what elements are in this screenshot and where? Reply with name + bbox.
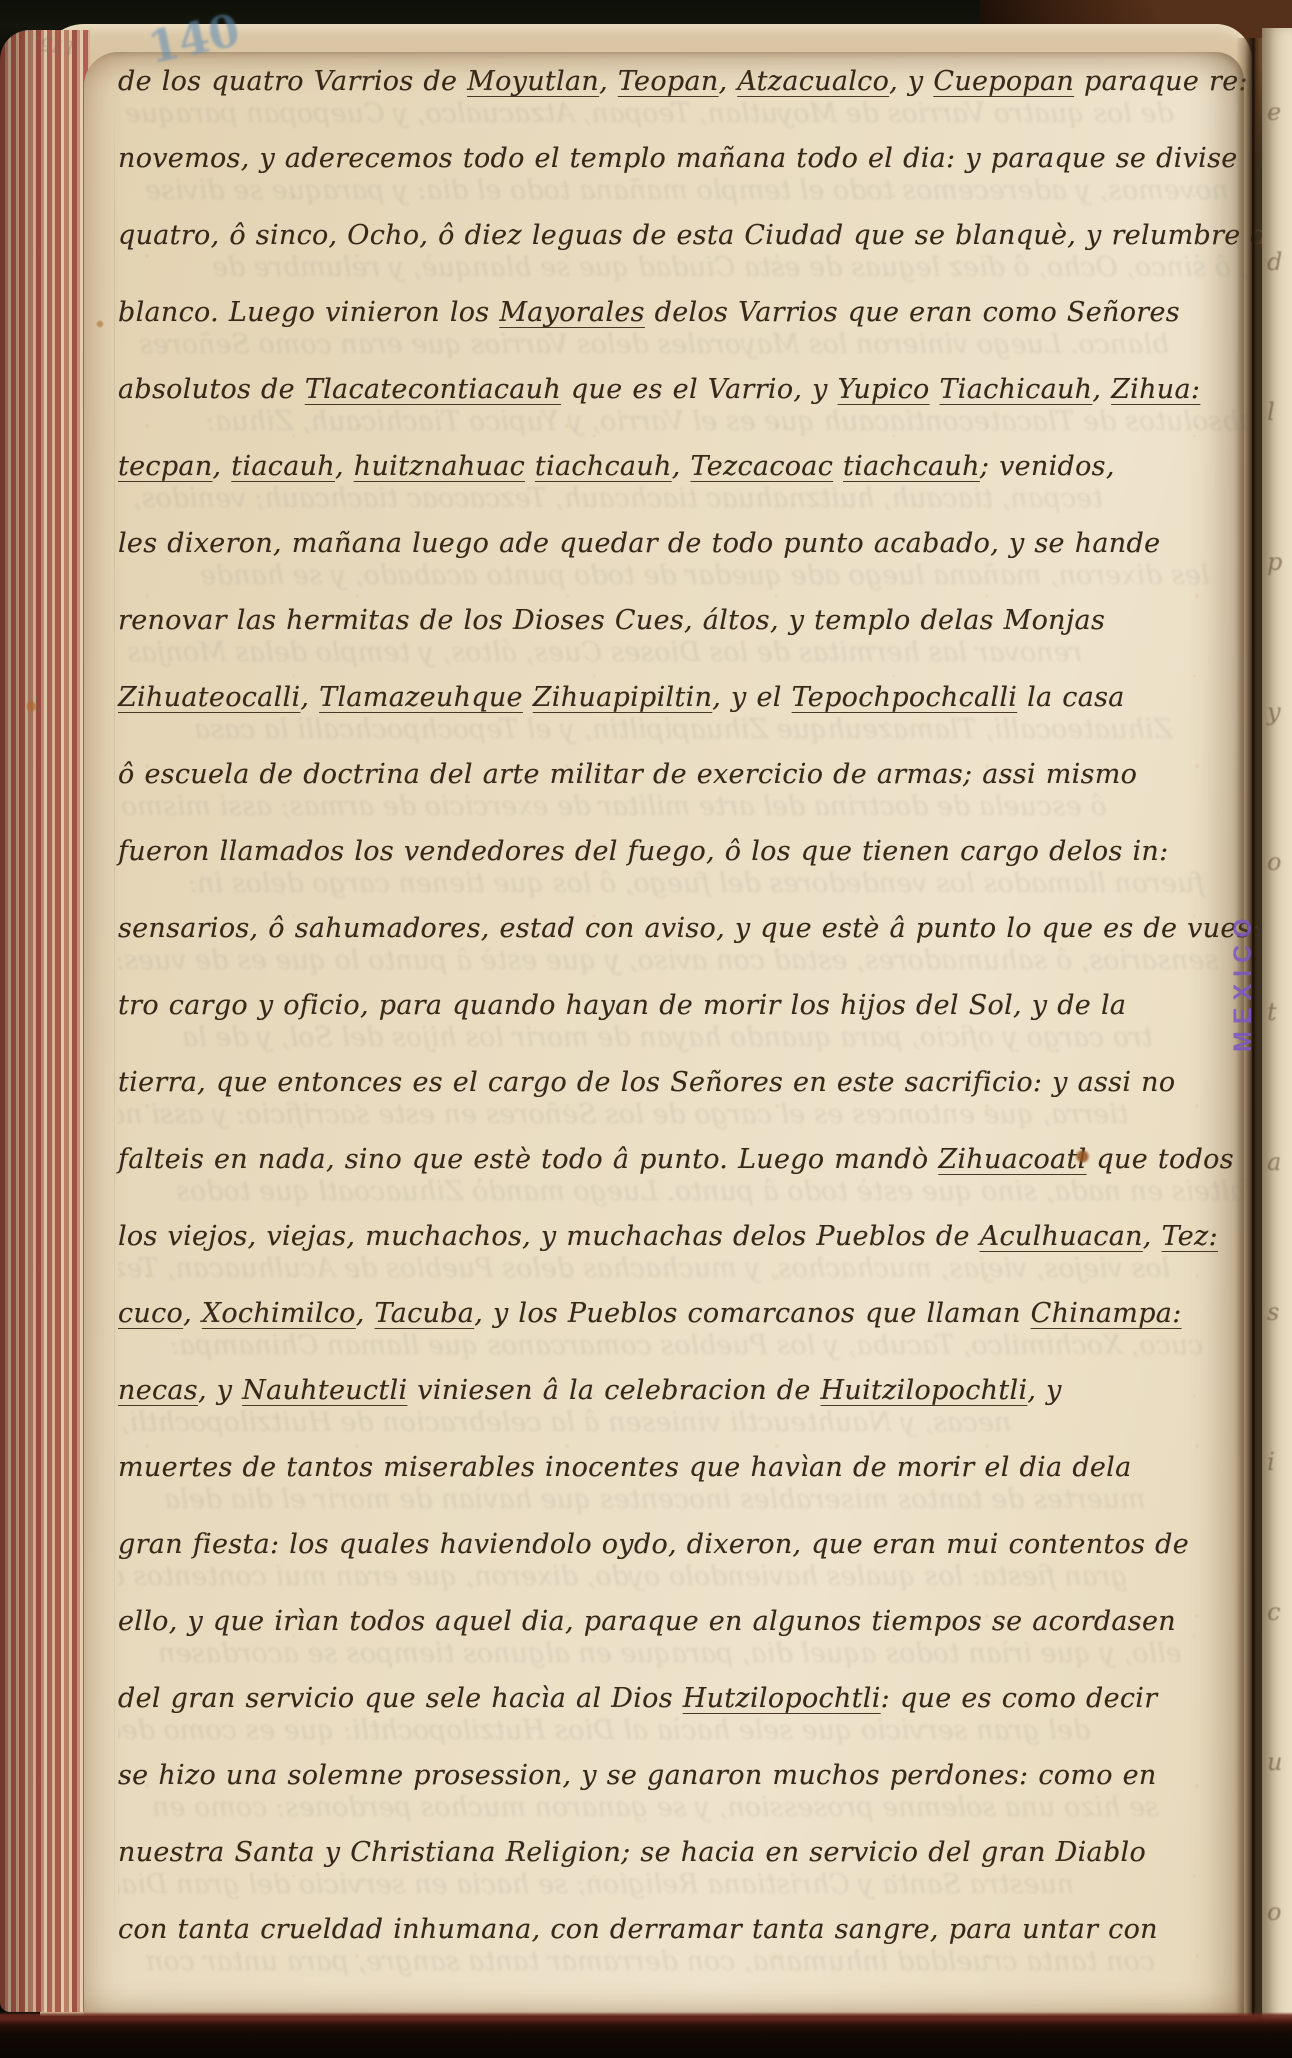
foxing-spot bbox=[26, 700, 37, 713]
text-segment: , y los Pueblos comarcanos que llaman bbox=[474, 1298, 1030, 1329]
text-segment: nuestra Santa y Christiana Religion; se … bbox=[118, 1837, 1146, 1868]
text-segment: , bbox=[356, 1298, 375, 1329]
text-segment: novemos, y aderecemos todo el templo mañ… bbox=[118, 143, 1238, 174]
text-segment bbox=[930, 374, 940, 405]
manuscript-line: renovar las hermitas de los Dioses Cues,… bbox=[118, 605, 1248, 682]
manuscript-line: tierra, que entonces es el cargo de los … bbox=[118, 1067, 1248, 1144]
text-segment: absolutos de bbox=[118, 374, 305, 405]
underlined-term: Tepochpochcalli bbox=[792, 682, 1018, 713]
manuscript-line: cuco, Xochimilco, Tacuba, y los Pueblos … bbox=[118, 1298, 1248, 1375]
underlined-term: cuco bbox=[118, 1298, 183, 1329]
next-page-text-fragment: c bbox=[1267, 1598, 1280, 1626]
manuscript-scan: de los quatro Varrios de Moyutlan, Teopa… bbox=[0, 0, 1292, 2058]
underlined-term: Xochimilco bbox=[202, 1298, 356, 1329]
manuscript-line: novemos, y aderecemos todo el templo mañ… bbox=[118, 143, 1248, 220]
text-segment: que todos bbox=[1087, 1144, 1234, 1175]
text-segment: , bbox=[300, 682, 319, 713]
underlined-term: huitznahuac bbox=[354, 451, 525, 482]
text-segment bbox=[525, 451, 535, 482]
text-segment: los viejos, viejas, muchachos, y muchach… bbox=[118, 1221, 980, 1252]
next-page-text-fragment: y bbox=[1267, 698, 1281, 726]
manuscript-line: del gran servicio que sele hacìa al Dios… bbox=[118, 1683, 1248, 1760]
next-page-text-fragment: l bbox=[1267, 398, 1275, 426]
text-segment: sensarios, ô sahumadores, estad con avis… bbox=[118, 913, 1260, 944]
text-segment: quatro, ô sinco, Ocho, ô diez leguas de … bbox=[118, 220, 1284, 251]
underlined-term: tiachcauh bbox=[843, 451, 980, 482]
text-segment: , bbox=[719, 66, 738, 97]
manuscript-line: de los quatro Varrios de Moyutlan, Teopa… bbox=[118, 66, 1248, 143]
underlined-term: Tiachicauh bbox=[939, 374, 1092, 405]
underlined-term: necas bbox=[118, 1375, 198, 1406]
manuscript-text: de los quatro Varrios de Moyutlan, Teopa… bbox=[118, 66, 1248, 1991]
underlined-term: Huitzilopochtli bbox=[821, 1375, 1028, 1406]
manuscript-line: Zihuateocalli, Tlamazeuhque Zihuapipilti… bbox=[118, 682, 1248, 759]
manuscript-line: blanco. Luego vinieron los Mayorales del… bbox=[118, 297, 1248, 374]
manuscript-line: se hizo una solemne prosession, y se gan… bbox=[118, 1760, 1248, 1837]
bottom-page-edge bbox=[0, 2012, 1292, 2058]
next-page-text-fragment: a bbox=[1267, 1148, 1281, 1176]
left-margin-crease bbox=[114, 82, 115, 1982]
text-segment: ; venidos, bbox=[980, 451, 1115, 482]
underlined-term: Teopan bbox=[618, 66, 719, 97]
text-segment: ô escuela de doctrina del arte militar d… bbox=[118, 759, 1137, 790]
text-segment: que es el Varrio, y bbox=[561, 374, 838, 405]
text-segment: muertes de tantos miserables inocentes q… bbox=[118, 1452, 1132, 1483]
underlined-term: Chinampa: bbox=[1031, 1298, 1182, 1329]
text-segment: viniesen â la celebracion de bbox=[407, 1375, 820, 1406]
text-segment: paraque re: bbox=[1074, 66, 1248, 97]
text-segment: tro cargo y oficio, para quando hayan de… bbox=[118, 990, 1126, 1021]
underlined-term: Hutzilopochtli bbox=[683, 1683, 881, 1714]
text-segment: , y bbox=[198, 1375, 242, 1406]
text-segment: delos Varrios que eran como Señores bbox=[645, 297, 1180, 328]
text-segment: blanco. Luego vinieron los bbox=[118, 297, 499, 328]
underlined-term: Zihua: bbox=[1111, 374, 1200, 405]
text-segment: , y bbox=[1027, 1375, 1061, 1406]
underlined-term: Tlacatecontiacauh bbox=[305, 374, 561, 405]
text-segment: renovar las hermitas de los Dioses Cues,… bbox=[118, 605, 1105, 636]
underlined-term: Cuepopan bbox=[933, 66, 1074, 97]
underlined-term: Tezcacoac bbox=[690, 451, 833, 482]
text-segment: con tanta crueldad inhumana, con derrama… bbox=[118, 1914, 1158, 1945]
manuscript-line: fueron llamados los vendedores del fuego… bbox=[118, 836, 1248, 913]
next-page-text-fragment: t bbox=[1267, 998, 1277, 1026]
text-segment: de los quatro Varrios de bbox=[118, 66, 467, 97]
manuscript-line: tro cargo y oficio, para quando hayan de… bbox=[118, 990, 1248, 1067]
ink-stain bbox=[1074, 1150, 1091, 1163]
text-segment: se hizo una solemne prosession, y se gan… bbox=[118, 1760, 1157, 1791]
underlined-term: Tacuba bbox=[375, 1298, 475, 1329]
next-page-text-fragment: p bbox=[1267, 548, 1282, 576]
manuscript-line: muertes de tantos miserables inocentes q… bbox=[118, 1452, 1248, 1529]
underlined-term: Zihuateocalli bbox=[118, 682, 300, 713]
manuscript-page: de los quatro Varrios de Moyutlan, Teopa… bbox=[84, 52, 1244, 2016]
next-page-text-fragment: u bbox=[1267, 1748, 1282, 1776]
text-segment: , y el bbox=[712, 682, 791, 713]
manuscript-line: sensarios, ô sahumadores, estad con avis… bbox=[118, 913, 1248, 990]
text-segment: tierra, que entonces es el cargo de los … bbox=[118, 1067, 1175, 1098]
manuscript-line: absolutos de Tlacatecontiacauh que es el… bbox=[118, 374, 1248, 451]
underlined-term: Aculhuacan bbox=[980, 1221, 1143, 1252]
text-segment: , bbox=[1092, 374, 1111, 405]
underlined-term: tecpan bbox=[118, 451, 213, 482]
manuscript-line: con tanta crueldad inhumana, con derrama… bbox=[118, 1914, 1248, 1991]
underlined-term: Zihuacoatl bbox=[938, 1144, 1086, 1175]
underlined-term: Zihuapipiltin bbox=[533, 682, 713, 713]
text-segment: , bbox=[213, 451, 232, 482]
manuscript-line: ô escuela de doctrina del arte militar d… bbox=[118, 759, 1248, 836]
text-segment: ello, y que irìan todos aquel dia, paraq… bbox=[118, 1606, 1176, 1637]
underlined-term: Yupico bbox=[838, 374, 930, 405]
red-sprinkled-fore-edge bbox=[0, 30, 90, 2012]
text-segment: , bbox=[335, 451, 354, 482]
manuscript-line: quatro, ô sinco, Ocho, ô diez leguas de … bbox=[118, 220, 1248, 297]
next-page-text-fragment: e bbox=[1267, 98, 1281, 126]
next-page-text-fragment: o bbox=[1267, 848, 1281, 876]
text-segment: la casa bbox=[1017, 682, 1124, 713]
underlined-term: Tez: bbox=[1162, 1221, 1218, 1252]
text-segment: les dixeron, mañana luego ade quedar de … bbox=[118, 528, 1160, 559]
underlined-term: Moyutlan bbox=[467, 66, 599, 97]
underlined-term: Atzacualco bbox=[737, 66, 889, 97]
manuscript-line: los viejos, viejas, muchachos, y muchach… bbox=[118, 1221, 1248, 1298]
manuscript-line: ello, y que irìan todos aquel dia, paraq… bbox=[118, 1606, 1248, 1683]
text-segment: gran fiesta: los quales haviendolo oydo,… bbox=[118, 1529, 1189, 1560]
text-segment: , bbox=[599, 66, 618, 97]
text-segment: , bbox=[672, 451, 691, 482]
text-segment: , y bbox=[889, 66, 933, 97]
library-stamp: MEXICO bbox=[1229, 858, 1259, 1106]
underlined-term: tiacauh bbox=[231, 451, 335, 482]
next-page-text-fragment: i bbox=[1267, 1448, 1275, 1476]
foxing-spot bbox=[96, 320, 104, 328]
text-segment: , bbox=[1143, 1221, 1162, 1252]
manuscript-line: les dixeron, mañana luego ade quedar de … bbox=[118, 528, 1248, 605]
manuscript-line: gran fiesta: los quales haviendolo oydo,… bbox=[118, 1529, 1248, 1606]
underlined-term: Tlamazeuhque bbox=[319, 682, 523, 713]
text-segment: fueron llamados los vendedores del fuego… bbox=[118, 836, 1169, 867]
next-page-text-fragment: s bbox=[1267, 1298, 1279, 1326]
manuscript-line: necas, y Nauhteuctli viniesen â la celeb… bbox=[118, 1375, 1248, 1452]
text-segment: , bbox=[183, 1298, 202, 1329]
text-segment bbox=[523, 682, 533, 713]
manuscript-line: tecpan, tiacauh, huitznahuac tiachcauh, … bbox=[118, 451, 1248, 528]
facing-page-sliver: edlpyotasicuo bbox=[1262, 28, 1292, 2030]
underlined-term: Mayorales bbox=[499, 297, 644, 328]
text-segment: : que es como decir bbox=[881, 1683, 1158, 1714]
manuscript-line: nuestra Santa y Christiana Religion; se … bbox=[118, 1837, 1248, 1914]
text-segment bbox=[833, 451, 843, 482]
text-segment: del gran servicio que sele hacìa al Dios bbox=[118, 1683, 683, 1714]
next-page-text-fragment: o bbox=[1267, 1898, 1281, 1926]
next-page-text-fragment: d bbox=[1267, 248, 1282, 276]
underlined-term: Nauhteuctli bbox=[242, 1375, 407, 1406]
text-segment: falteis en nada, sino que estè todo â pu… bbox=[118, 1144, 938, 1175]
underlined-term: tiachcauh bbox=[535, 451, 672, 482]
